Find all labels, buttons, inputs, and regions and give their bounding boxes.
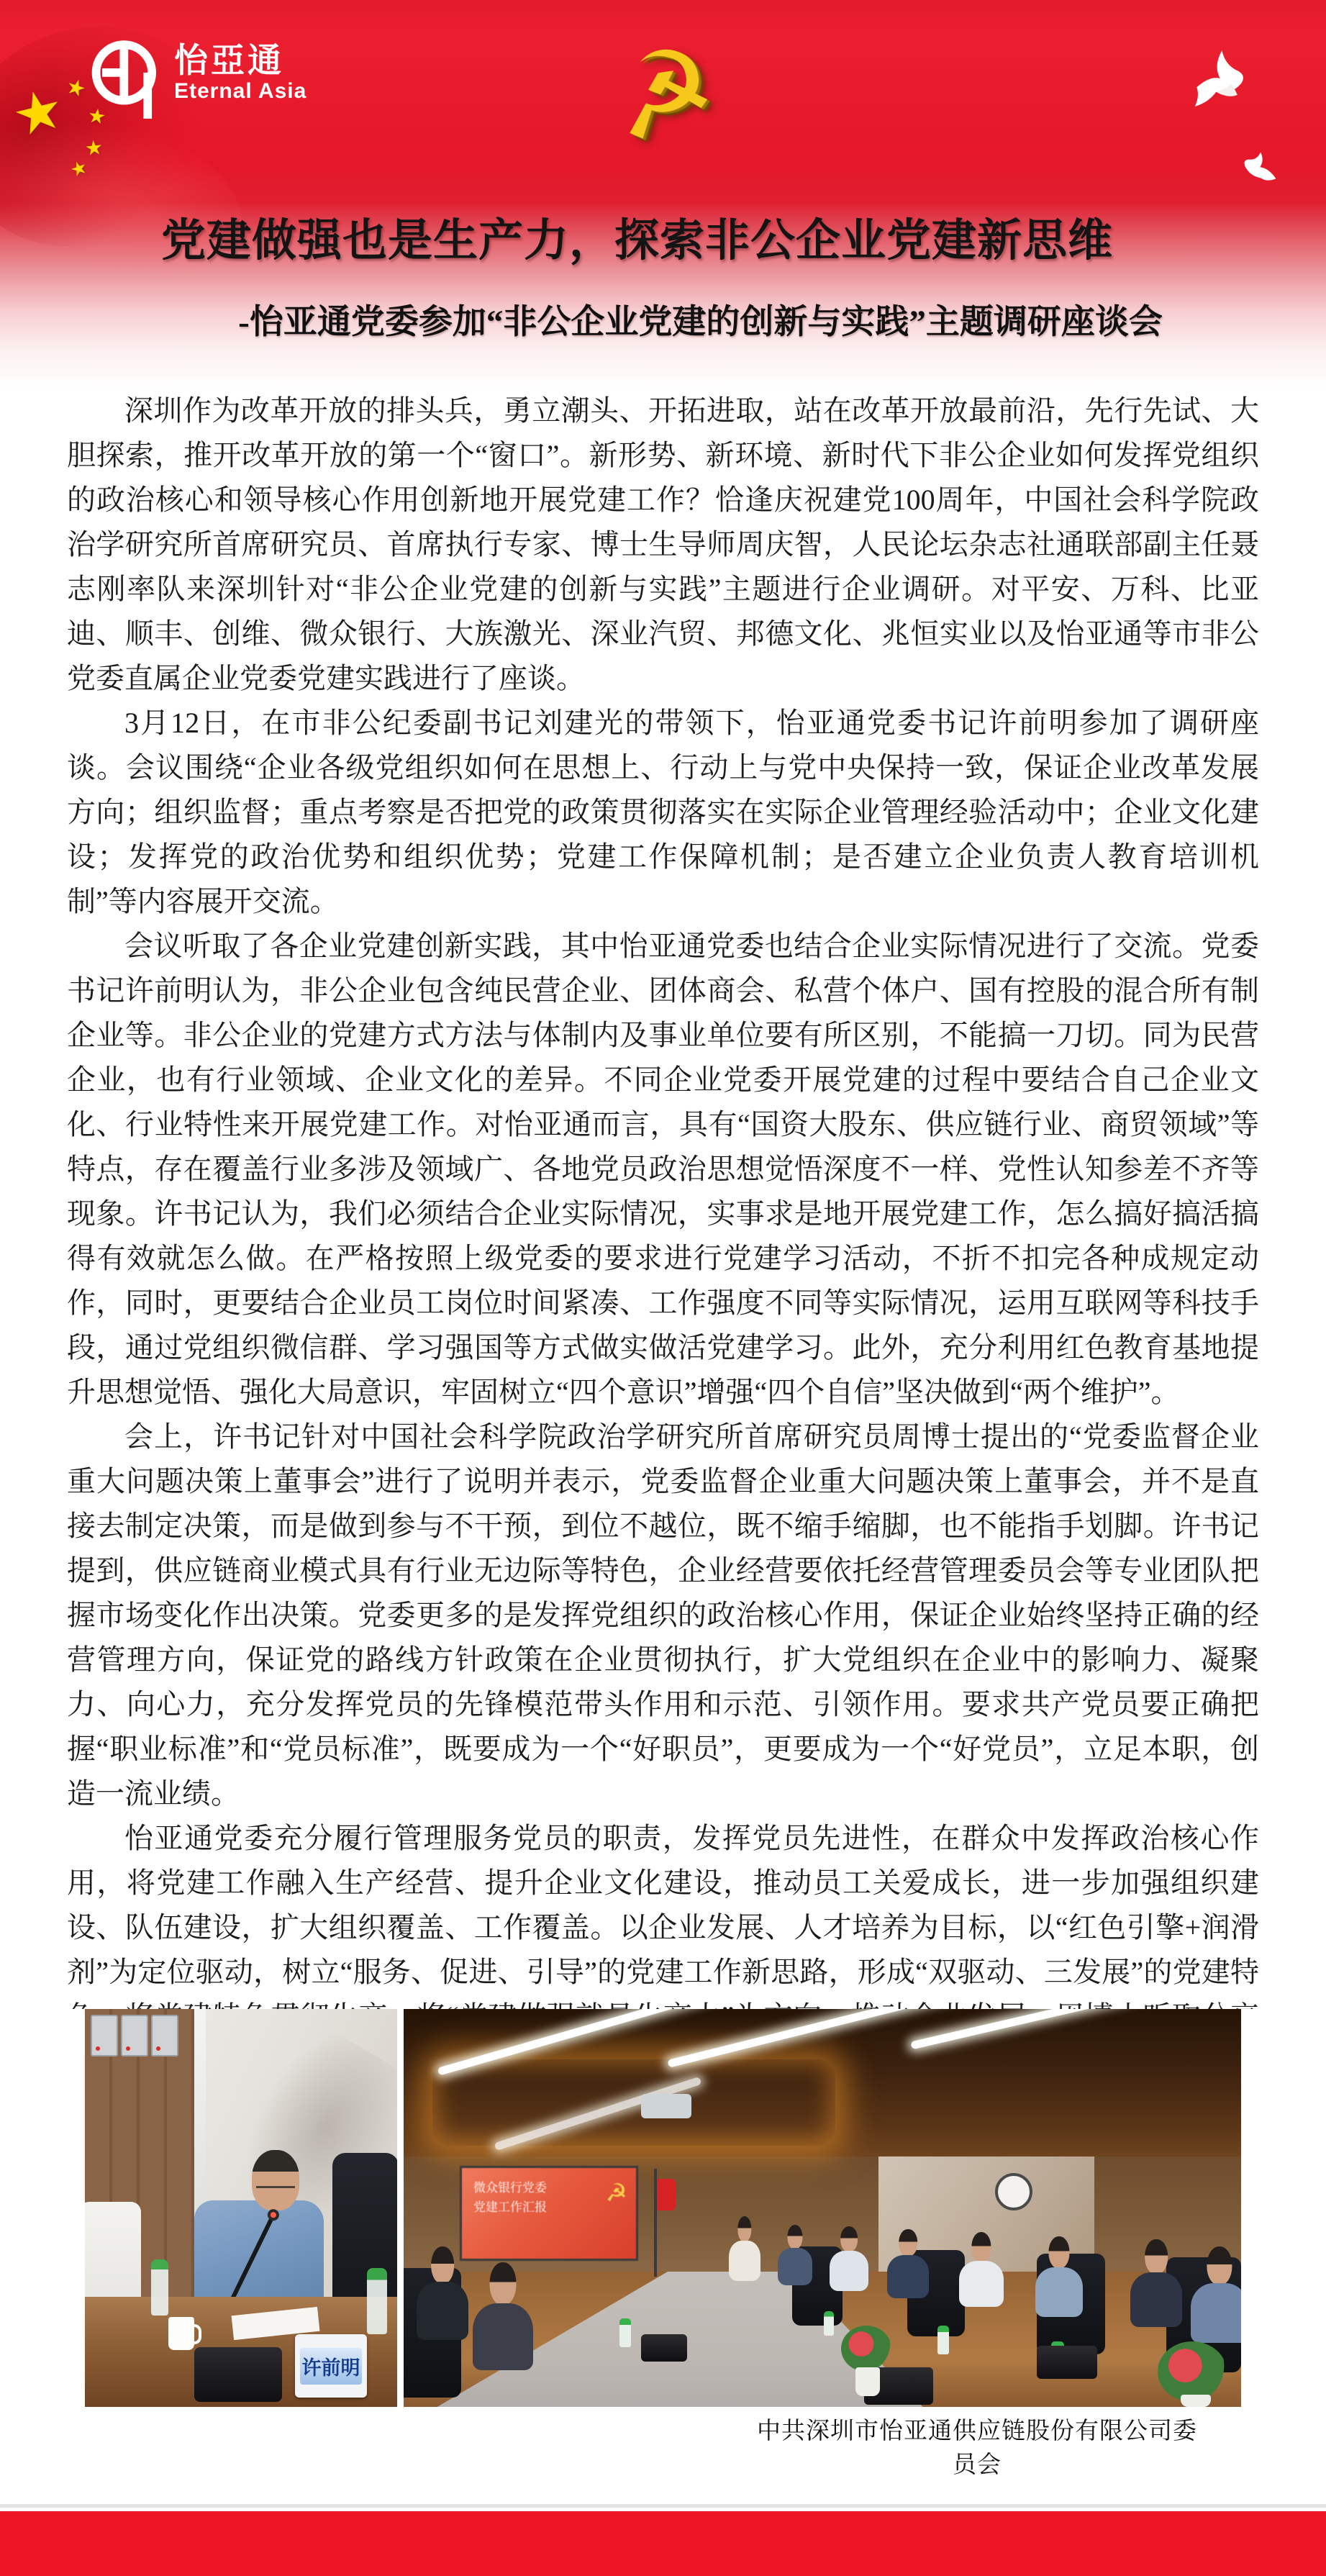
photo-person <box>1191 2246 1241 2343</box>
photo-art <box>151 2015 178 2056</box>
article-subtitle: -怡亚通党委参加“非公企业党建的创新与实践”主题调研座谈会 <box>0 295 1326 343</box>
photo-person <box>959 2232 1004 2307</box>
water-bottle <box>824 2311 834 2336</box>
photo-art <box>121 2015 148 2056</box>
photo-person <box>729 2216 760 2281</box>
photo-art <box>168 2317 194 2350</box>
photo-art <box>151 2259 168 2316</box>
plant <box>841 2326 891 2372</box>
party-emblem-icon: ☭ <box>606 2174 627 2213</box>
plant-pot <box>855 2367 880 2396</box>
photo-art <box>194 2347 282 2402</box>
ea-logo-icon <box>88 37 163 122</box>
logo-name-cn: 怡亞通 <box>174 42 306 79</box>
name-plate-text: 许前明 <box>300 2348 362 2385</box>
plant-pot <box>1181 2395 1211 2407</box>
photo-person <box>887 2229 929 2298</box>
paragraph-1: 深圳作为改革开放的排头兵，勇立潮头、开拓进取，站在改革开放最前沿，先行先试、大胆… <box>67 389 1259 701</box>
photo-meeting-speaker: 许前明 <box>85 2009 397 2407</box>
flag-star-icon: ★ <box>84 137 104 159</box>
dove-icon <box>1234 143 1288 191</box>
paragraph-3: 会议听取了各企业党建创新实践，其中怡亚通党委也结合企业实际情况进行了交流。党委书… <box>67 924 1259 1415</box>
logo-name-en: Eternal Asia <box>174 79 306 104</box>
article-title: 党建做强也是生产力，探索非公企业党建新思维 <box>0 204 1326 268</box>
water-bottle <box>619 2318 631 2347</box>
footer-separator <box>0 2504 1326 2508</box>
photo-person <box>417 2246 468 2340</box>
photo-art <box>256 2179 295 2188</box>
photo-person <box>1130 2239 1182 2327</box>
company-logo: 怡亞通 Eternal Asia <box>88 37 306 122</box>
photo-person <box>830 2226 868 2291</box>
photo-conference-room: ☭ 微众银行党委 党建工作汇报 <box>404 2009 1241 2407</box>
paragraph-4: 会上，许书记针对中国社会科学院政治学研究所首席研究员周博士提出的“党委监督企业重… <box>67 1415 1259 1816</box>
water-bottle <box>937 2326 949 2354</box>
footer-red-bar <box>0 2511 1326 2576</box>
wall-clock-icon <box>995 2173 1032 2210</box>
tissue-box <box>1037 2346 1097 2379</box>
party-emblem-icon: ☭ <box>602 28 725 160</box>
header-banner: ★ ★ ★ ★ ★ 怡亞通 Eternal Asia ☭ 党建做强也是生产力，探… <box>0 0 1326 389</box>
presentation-screen: ☭ 微众银行党委 党建工作汇报 <box>460 2166 638 2261</box>
page: ★ ★ ★ ★ ★ 怡亞通 Eternal Asia ☭ 党建做强也是生产力，探… <box>0 0 1326 2576</box>
flag-icon <box>657 2179 676 2210</box>
article-body: 深圳作为改革开放的排头兵，勇立潮头、开拓进取，站在改革开放最前沿，先行先试、大胆… <box>0 389 1326 2009</box>
photo-art <box>641 2094 691 2118</box>
paragraph-5: 怡亚通党委充分履行管理服务党员的职责，发挥党员先进性，在群众中发挥政治核心作用，… <box>67 1816 1259 2009</box>
photo-person <box>1035 2236 1083 2317</box>
footer-signature: 中共深圳市怡亚通供应链股份有限公司委员会 <box>748 2412 1206 2480</box>
photo-person <box>473 2262 533 2370</box>
dove-icon <box>1187 43 1249 119</box>
photo-person <box>778 2225 812 2285</box>
plant <box>1158 2341 1227 2402</box>
photo-art <box>367 2268 387 2334</box>
name-plate: 许前明 <box>295 2334 367 2398</box>
logo-text: 怡亞通 Eternal Asia <box>174 37 306 104</box>
photo-row: 许前明 ☭ 微众银行党委 党建工作汇报 <box>85 2009 1241 2407</box>
tissue-box <box>641 2334 687 2362</box>
paragraph-2: 3月12日，在市非公纪委副书记刘建光的带领下，怡亚通党委书记许前明参加了调研座谈… <box>67 701 1259 924</box>
photo-art <box>91 2015 118 2056</box>
